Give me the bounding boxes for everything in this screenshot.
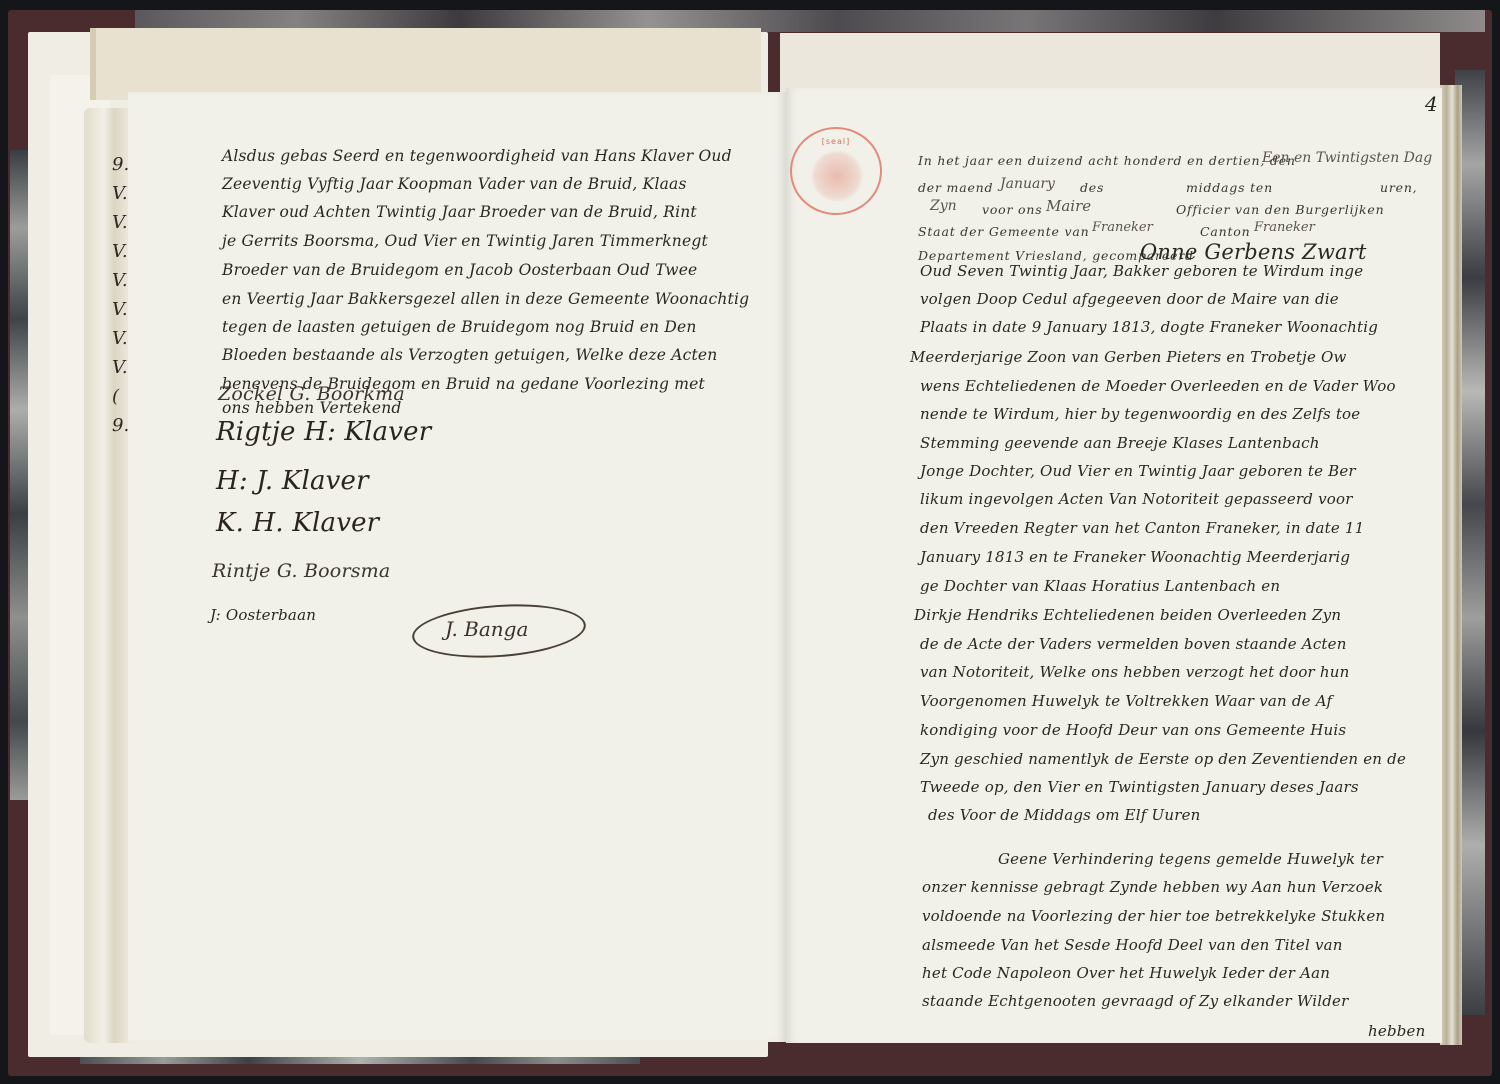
printed-text: Canton — [1200, 224, 1250, 239]
printed-text: In het jaar een duizend acht honderd en … — [918, 153, 1296, 168]
text-line: volgen Doop Cedul afgegeeven door de Mai… — [920, 290, 1339, 308]
text-line: Zeeventig Vyftig Jaar Koopman Vader van … — [222, 175, 687, 193]
margin-mark: V. — [112, 353, 132, 382]
text-line: alsmeede Van het Sesde Hoofd Deel van de… — [922, 936, 1343, 954]
printed-text: middags ten — [1186, 180, 1273, 195]
filled-municipality: Franeker — [1092, 220, 1153, 235]
text-line: Klaver oud Achten Twintig Jaar Broeder v… — [222, 203, 697, 221]
text-line: tegen de laasten getuigen de Bruidegom n… — [222, 318, 697, 336]
margin-mark: V. — [112, 179, 132, 208]
folded-leaf-top-left — [90, 28, 761, 100]
text-line: Alsdus gebas Seerd en tegenwoordigheid v… — [222, 147, 732, 165]
filled-month: January — [1000, 176, 1055, 192]
filled-text: Zyn — [930, 198, 957, 214]
text-line: onzer kennisse gebragt Zynde hebben wy A… — [922, 878, 1383, 896]
printed-text: uren, — [1380, 180, 1417, 195]
text-line: Bloeden bestaande als Verzogten getuigen… — [222, 346, 718, 364]
filled-officer-title: Maire — [1046, 197, 1091, 215]
signature: Rigtje H: Klaver — [216, 417, 431, 447]
seal-stamp-text: [seal] — [792, 137, 880, 146]
text-line: Voorgenomen Huwelyk te Voltrekken Waar v… — [920, 692, 1332, 710]
margin-mark: V. — [112, 295, 132, 324]
signature: H: J. Klaver — [216, 466, 369, 496]
text-line: Tweede op, den Vier en Twintigsten Janua… — [920, 778, 1359, 796]
printed-text: des — [1080, 180, 1104, 195]
text-line: Oud Seven Twintig Jaar, Bakker geboren t… — [920, 262, 1363, 280]
text-line: den Vreeden Regter van het Canton Franek… — [920, 519, 1364, 537]
text-line: Jonge Dochter, Oud Vier en Twintig Jaar … — [920, 462, 1356, 480]
printed-text: Officier van den Burgerlijken — [1176, 202, 1384, 217]
margin-marks: 9. V. V. V. V. V. V. V. ( 9. — [112, 150, 132, 440]
official-signature: J. Banga — [445, 617, 528, 641]
text-line: de de Acte der Vaders vermelden boven st… — [920, 635, 1347, 653]
text-line: Plaats in date 9 January 1813, dogte Fra… — [920, 318, 1378, 336]
text-line: nende te Wirdum, hier by tegenwoordig en… — [920, 405, 1360, 423]
text-line: likum ingevolgen Acten Van Notoriteit ge… — [920, 490, 1353, 508]
text-line: Meerderjarige Zoon van Gerben Pieters en… — [910, 348, 1347, 366]
filled-date-day: Een en Twintigsten Dag — [1262, 150, 1432, 166]
margin-mark: V. — [112, 266, 132, 295]
margin-mark: V. — [112, 208, 132, 237]
printed-text: der maend — [918, 180, 993, 195]
signature: K. H. Klaver — [216, 508, 379, 538]
signature: J: Oosterbaan — [210, 606, 316, 624]
text-line: Stemming geevende aan Breeje Klases Lant… — [920, 434, 1320, 452]
margin-mark: V. — [112, 237, 132, 266]
seal-emblem-icon — [810, 151, 864, 201]
page-stack-right — [1440, 85, 1462, 1045]
margin-mark: V. — [112, 324, 132, 353]
text-line: voldoende na Voorlezing der hier toe bet… — [922, 907, 1385, 925]
text-line: je Gerrits Boorsma, Oud Vier en Twintig … — [222, 232, 708, 250]
text-line: ge Dochter van Klaas Horatius Lantenbach… — [920, 577, 1280, 595]
text-line: Zyn geschied namentlyk de Eerste op den … — [920, 750, 1406, 768]
text-line: Dirkje Hendriks Echteliedenen beiden Ove… — [914, 606, 1341, 624]
text-line: wens Echteliedenen de Moeder Overleeden … — [920, 377, 1396, 395]
signature: Zockel G. Boorkma — [218, 383, 405, 405]
margin-mark: ( — [112, 382, 132, 411]
printed-text: Staat der Gemeente van — [918, 224, 1089, 239]
groom-name: Onne Gerbens Zwart — [1140, 240, 1367, 264]
filled-canton: Franeker — [1254, 220, 1315, 235]
text-line: en Veertig Jaar Bakkersgezel allen in de… — [222, 290, 749, 308]
text-line: staande Echtgenooten gevraagd of Zy elka… — [922, 992, 1348, 1010]
text-line: kondiging voor de Hoofd Deur van ons Gem… — [920, 721, 1346, 739]
margin-mark: 9. — [112, 150, 132, 179]
seal-stamp: [seal] — [790, 127, 882, 215]
text-line: Geene Verhindering tegens gemelde Huwely… — [998, 850, 1383, 868]
text-line: des Voor de Middags om Elf Uuren — [928, 806, 1201, 824]
signature: Rintje G. Boorsma — [212, 560, 390, 582]
text-line: van Notoriteit, Welke ons hebben verzogt… — [920, 663, 1349, 681]
text-line: January 1813 en te Franeker Woonachtig M… — [920, 548, 1350, 566]
margin-mark: 9. — [112, 411, 132, 440]
page-number: 4 — [1425, 92, 1438, 116]
catchword: hebben — [1368, 1022, 1425, 1040]
text-line: Broeder van de Bruidegom en Jacob Ooster… — [222, 261, 697, 279]
folded-leaf-top-right — [780, 33, 1440, 93]
text-line: het Code Napoleon Over het Huwelyk Ieder… — [922, 964, 1330, 982]
printed-text: voor ons — [982, 202, 1042, 217]
